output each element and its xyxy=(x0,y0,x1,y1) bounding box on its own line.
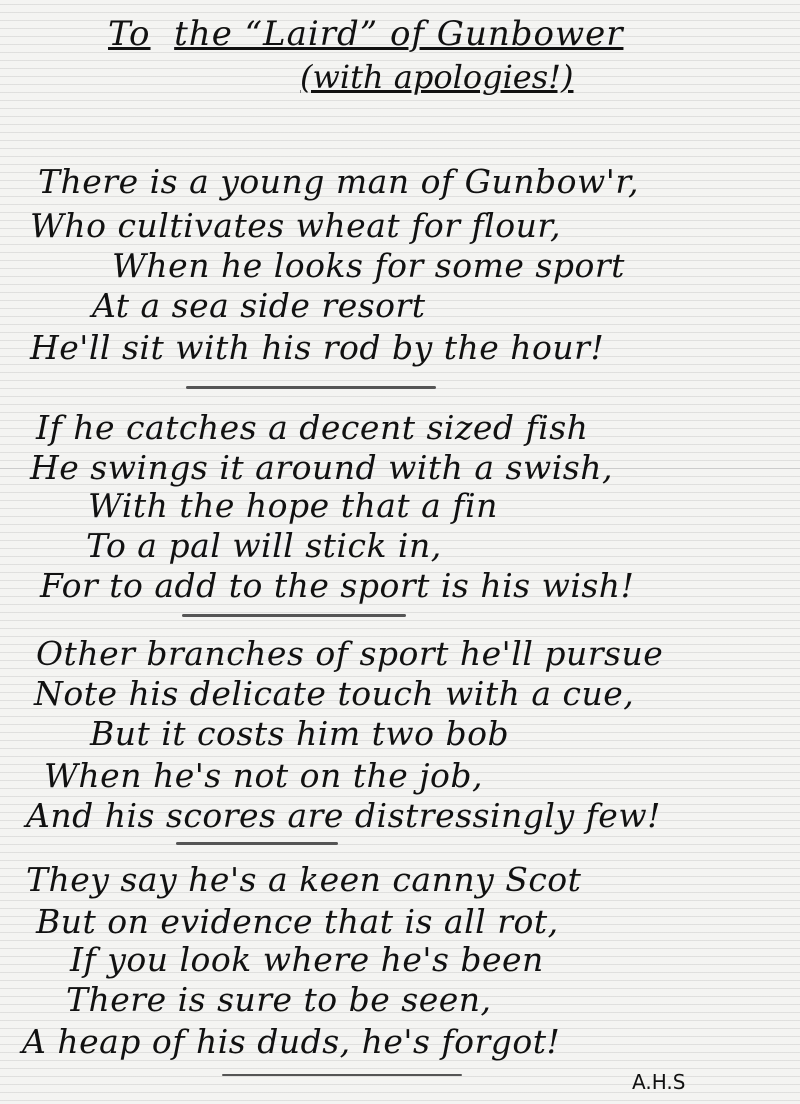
title-prefix: To xyxy=(108,14,151,54)
stanza-1-line-2: Who cultivates wheat for flour, xyxy=(30,206,561,245)
stanza-3-line-5: And his scores are distressingly few! xyxy=(26,796,661,835)
stanza-1-line-3: When he looks for some sport xyxy=(112,246,625,285)
handwritten-poem-page: To the “Laird” of Gunbower (with apologi… xyxy=(0,0,800,1104)
stanza-2-line-5: For to add to the sport is his wish! xyxy=(40,566,634,605)
stanza-4-line-5: A heap of his duds, he's forgot! xyxy=(22,1022,560,1061)
poem-subtitle: (with apologies!) xyxy=(300,58,574,96)
stanza-4-line-2: But on evidence that is all rot, xyxy=(36,902,559,941)
stanza-2-line-3: With the hope that a fin xyxy=(88,486,498,525)
stanza-4-line-1: They say he's a keen canny Scot xyxy=(26,860,581,899)
stanza-3-line-3: But it costs him two bob xyxy=(90,714,509,753)
stanza-3-line-1: Other branches of sport he'll pursue xyxy=(36,634,663,673)
stanza-1-line-4: At a sea side resort xyxy=(92,286,426,325)
stanza-2-line-4: To a pal will stick in, xyxy=(86,526,442,565)
stanza-2-line-1: If he catches a decent sized fish xyxy=(36,408,588,447)
stanza-divider xyxy=(186,386,436,389)
stanza-4-line-3: If you look where he's been xyxy=(70,940,544,979)
stanza-4-line-4: There is sure to be seen, xyxy=(66,980,492,1019)
stanza-1-line-5: He'll sit with his rod by the hour! xyxy=(30,328,604,367)
stanza-2-line-2: He swings it around with a swish, xyxy=(30,448,613,487)
title-main: the “Laird” of Gunbower xyxy=(174,14,623,54)
stanza-3-line-4: When he's not on the job, xyxy=(44,756,483,795)
stanza-divider xyxy=(176,842,338,845)
signature-initials: A.H.S xyxy=(632,1070,685,1094)
stanza-divider xyxy=(182,614,406,617)
closing-divider xyxy=(222,1074,462,1076)
stanza-3-line-2: Note his delicate touch with a cue, xyxy=(34,674,634,713)
poem-title: To the “Laird” of Gunbower xyxy=(108,14,623,54)
stanza-1-line-1: There is a young man of Gunbow'r, xyxy=(38,162,639,201)
